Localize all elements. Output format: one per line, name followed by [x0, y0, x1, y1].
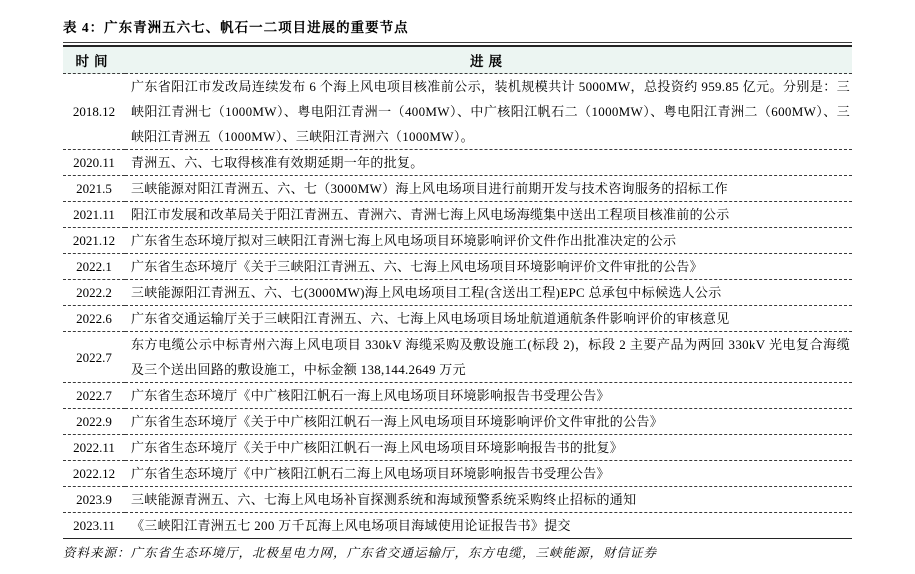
- table-body: 2018.12 广东省阳江市发改局连续发布 6 个海上风电项目核准前公示，装机规…: [63, 74, 852, 539]
- table-row: 2022.6 广东省交通运输厅关于三峡阳江青洲五、六、七海上风电场项目场址航道通…: [63, 306, 852, 332]
- report-page: 表 4：广东青洲五六七、帆石一二项目进展的重要节点 时间 进展 2018.12 …: [0, 0, 915, 574]
- progress-cell: 三峡能源对阳江青洲五、六、七（3000MW）海上风电场项目进行前期开发与技术咨询…: [125, 176, 852, 202]
- header-progress: 进展: [125, 47, 852, 74]
- table-row: 2020.11 青洲五、六、七取得核准有效期延期一年的批复。: [63, 150, 852, 176]
- time-cell: 2022.7: [63, 332, 125, 383]
- table-row: 2023.11 《三峡阳江青洲五七 200 万千瓦海上风电场项目海域使用论证报告…: [63, 513, 852, 539]
- table-row: 2021.11 阳江市发展和改革局关于阳江青洲五、青洲六、青洲七海上风电场海缆集…: [63, 202, 852, 228]
- table-row: 2021.12 广东省生态环境厅拟对三峡阳江青洲七海上风电场项目环境影响评价文件…: [63, 228, 852, 254]
- time-cell: 2022.6: [63, 306, 125, 332]
- table-row: 2022.11 广东省生态环境厅《关于中广核阳江帆石一海上风电场项目环境影响报告…: [63, 435, 852, 461]
- time-cell: 2021.12: [63, 228, 125, 254]
- time-cell: 2022.12: [63, 461, 125, 487]
- progress-cell: 广东省生态环境厅《关于中广核阳江帆石一海上风电场项目环境影响报告书的批复》: [125, 435, 852, 461]
- source-note: 资料来源：广东省生态环境厅，北极星电力网，广东省交通运输厅，东方电缆，三峡能源，…: [63, 545, 852, 562]
- header-time: 时间: [63, 47, 125, 74]
- progress-cell: 广东省交通运输厅关于三峡阳江青洲五、六、七海上风电场项目场址航道通航条件影响评价…: [125, 306, 852, 332]
- time-cell: 2022.9: [63, 409, 125, 435]
- table-row: 2022.9 广东省生态环境厅《关于中广核阳江帆石一海上风电场项目环境影响评价文…: [63, 409, 852, 435]
- table-row: 2023.9 三峡能源青洲五、六、七海上风电场补盲探测系统和海域预警系统采购终止…: [63, 487, 852, 513]
- table-row: 2022.2 三峡能源阳江青洲五、六、七(3000MW)海上风电场项目工程(含送…: [63, 280, 852, 306]
- table-row: 2018.12 广东省阳江市发改局连续发布 6 个海上风电项目核准前公示，装机规…: [63, 74, 852, 150]
- time-cell: 2022.7: [63, 383, 125, 409]
- time-cell: 2022.11: [63, 435, 125, 461]
- table-title: 表 4：广东青洲五六七、帆石一二项目进展的重要节点: [63, 19, 852, 36]
- time-cell: 2021.5: [63, 176, 125, 202]
- time-cell: 2020.11: [63, 150, 125, 176]
- table-row: 2022.1 广东省生态环境厅《关于三峡阳江青洲五、六、七海上风电场项目环境影响…: [63, 254, 852, 280]
- time-cell: 2022.2: [63, 280, 125, 306]
- time-cell: 2023.9: [63, 487, 125, 513]
- time-cell: 2022.1: [63, 254, 125, 280]
- progress-cell: 三峡能源青洲五、六、七海上风电场补盲探测系统和海域预警系统采购终止招标的通知: [125, 487, 852, 513]
- table-row: 2022.7 东方电缆公示中标青州六海上风电项目 330kV 海缆采购及敷设施工…: [63, 332, 852, 383]
- table-header: 时间 进展: [63, 47, 852, 74]
- progress-cell: 广东省生态环境厅《中广核阳江帆石二海上风电场项目环境影响报告书受理公告》: [125, 461, 852, 487]
- table-row: 2022.7 广东省生态环境厅《中广核阳江帆石一海上风电场项目环境影响报告书受理…: [63, 383, 852, 409]
- progress-cell: 广东省生态环境厅《中广核阳江帆石一海上风电场项目环境影响报告书受理公告》: [125, 383, 852, 409]
- progress-cell: 青洲五、六、七取得核准有效期延期一年的批复。: [125, 150, 852, 176]
- time-cell: 2021.11: [63, 202, 125, 228]
- progress-cell: 广东省生态环境厅《关于中广核阳江帆石一海上风电场项目环境影响评价文件审批的公告》: [125, 409, 852, 435]
- time-cell: 2018.12: [63, 74, 125, 150]
- time-cell: 2023.11: [63, 513, 125, 539]
- progress-cell: 阳江市发展和改革局关于阳江青洲五、青洲六、青洲七海上风电场海缆集中送出工程项目核…: [125, 202, 852, 228]
- progress-cell: 广东省生态环境厅拟对三峡阳江青洲七海上风电场项目环境影响评价文件作出批准决定的公…: [125, 228, 852, 254]
- table-row: 2022.12 广东省生态环境厅《中广核阳江帆石二海上风电场项目环境影响报告书受…: [63, 461, 852, 487]
- progress-cell: 三峡能源阳江青洲五、六、七(3000MW)海上风电场项目工程(含送出工程)EPC…: [125, 280, 852, 306]
- progress-cell: 广东省生态环境厅《关于三峡阳江青洲五、六、七海上风电场项目环境影响评价文件审批的…: [125, 254, 852, 280]
- progress-cell: 广东省阳江市发改局连续发布 6 个海上风电项目核准前公示，装机规模共计 5000…: [125, 74, 852, 150]
- progress-cell: 东方电缆公示中标青州六海上风电项目 330kV 海缆采购及敷设施工(标段 2)，…: [125, 332, 852, 383]
- table-row: 2021.5 三峡能源对阳江青洲五、六、七（3000MW）海上风电场项目进行前期…: [63, 176, 852, 202]
- progress-cell: 《三峡阳江青洲五七 200 万千瓦海上风电场项目海域使用论证报告书》提交: [125, 513, 852, 539]
- progress-table: 时间 进展 2018.12 广东省阳江市发改局连续发布 6 个海上风电项目核准前…: [63, 47, 852, 539]
